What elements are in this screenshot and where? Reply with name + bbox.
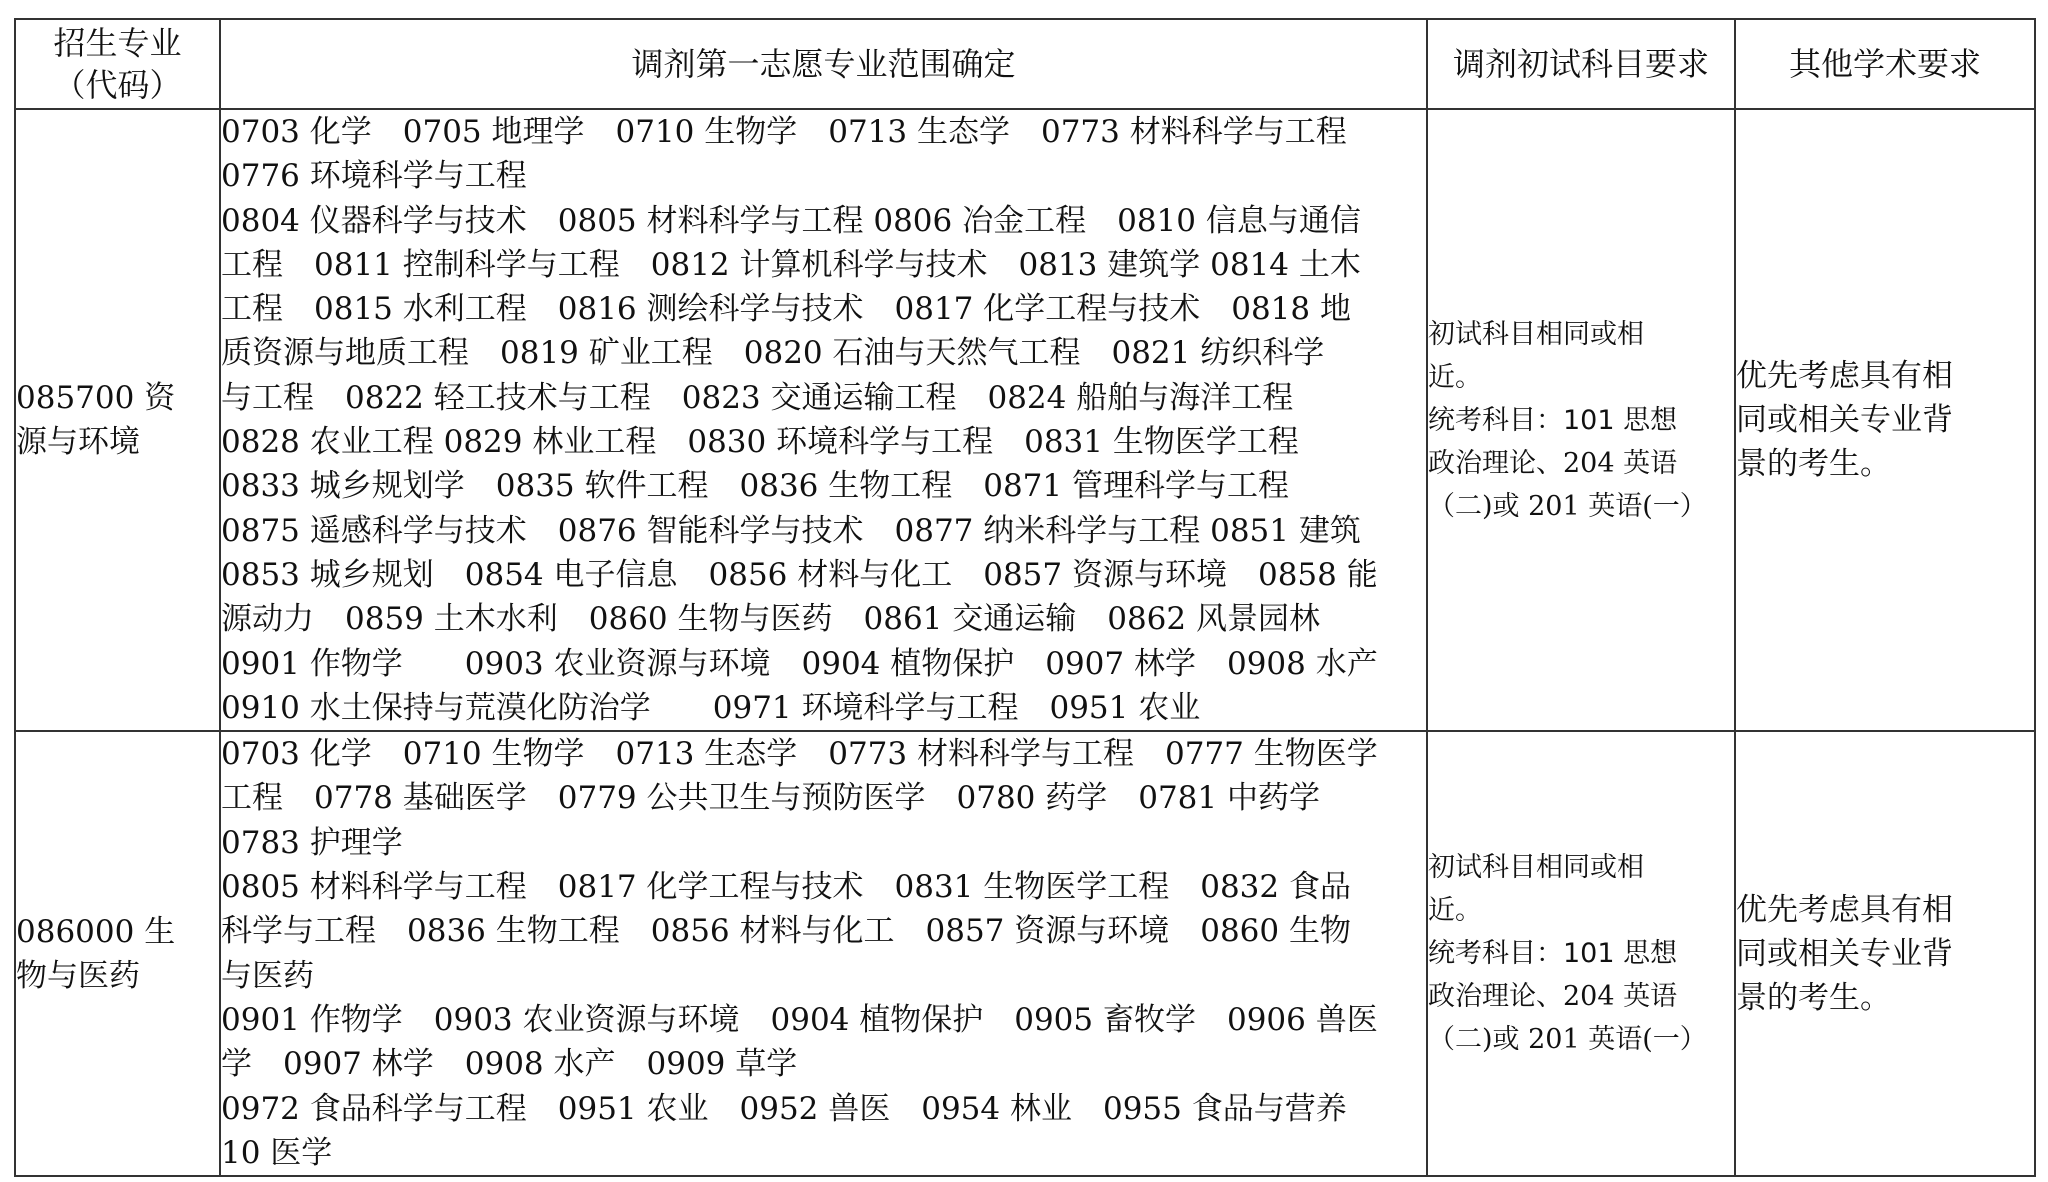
other-cell: 优先考虑具有相 同或相关专业背 景的考生。 bbox=[1735, 731, 2035, 1176]
adjustment-requirements-table: 招生专业 （代码） 调剂第一志愿专业范围确定 调剂初试科目要求 其他学术要求 0… bbox=[14, 18, 2036, 1177]
scope-line: 科学与工程 0836 生物工程 0856 材料与化工 0857 资源与环境 08… bbox=[221, 909, 1426, 953]
scope-line: 0776 环境科学与工程 bbox=[221, 154, 1426, 198]
table-row: 085700 资 源与环境 0703 化学 0705 地理学 0710 生物学 … bbox=[15, 109, 2035, 731]
header-major: 招生专业 （代码） bbox=[15, 19, 220, 109]
scope-line: 与医药 bbox=[221, 954, 1426, 998]
scope-line: 工程 0815 水利工程 0816 测绘科学与技术 0817 化学工程与技术 0… bbox=[221, 287, 1426, 331]
scope-line: 0703 化学 0705 地理学 0710 生物学 0713 生态学 0773 … bbox=[221, 110, 1426, 154]
scope-line: 工程 0811 控制科学与工程 0812 计算机科学与技术 0813 建筑学 0… bbox=[221, 243, 1426, 287]
exam-cell: 初试科目相同或相 近。 统考科目：101 思想 政治理论、204 英语 （二)或… bbox=[1427, 731, 1735, 1176]
header-row: 招生专业 （代码） 调剂第一志愿专业范围确定 调剂初试科目要求 其他学术要求 bbox=[15, 19, 2035, 109]
exam-cell: 初试科目相同或相 近。 统考科目：101 思想 政治理论、204 英语 （二)或… bbox=[1427, 109, 1735, 731]
scope-line: 0833 城乡规划学 0835 软件工程 0836 生物工程 0871 管理科学… bbox=[221, 464, 1426, 508]
major-cell: 085700 资 源与环境 bbox=[15, 109, 220, 731]
scope-line: 0901 作物学 0903 农业资源与环境 0904 植物保护 0905 畜牧学… bbox=[221, 998, 1426, 1042]
header-exam: 调剂初试科目要求 bbox=[1427, 19, 1735, 109]
scope-line: 工程 0778 基础医学 0779 公共卫生与预防医学 0780 药学 0781… bbox=[221, 776, 1426, 820]
header-scope: 调剂第一志愿专业范围确定 bbox=[220, 19, 1427, 109]
scope-cell: 0703 化学 0705 地理学 0710 生物学 0713 生态学 0773 … bbox=[220, 109, 1427, 731]
scope-line: 与工程 0822 轻工技术与工程 0823 交通运输工程 0824 船舶与海洋工… bbox=[221, 376, 1426, 420]
scope-line: 0910 水土保持与荒漠化防治学 0971 环境科学与工程 0951 农业 bbox=[221, 686, 1426, 730]
other-cell: 优先考虑具有相 同或相关专业背 景的考生。 bbox=[1735, 109, 2035, 731]
header-other: 其他学术要求 bbox=[1735, 19, 2035, 109]
scope-line: 0901 作物学 0903 农业资源与环境 0904 植物保护 0907 林学 … bbox=[221, 642, 1426, 686]
scope-line: 0703 化学 0710 生物学 0713 生态学 0773 材料科学与工程 0… bbox=[221, 732, 1426, 776]
scope-line: 学 0907 林学 0908 水产 0909 草学 bbox=[221, 1042, 1426, 1086]
scope-line: 10 医学 bbox=[221, 1131, 1426, 1175]
table-row: 086000 生 物与医药 0703 化学 0710 生物学 0713 生态学 … bbox=[15, 731, 2035, 1176]
scope-line: 0783 护理学 bbox=[221, 821, 1426, 865]
scope-line: 0972 食品科学与工程 0951 农业 0952 兽医 0954 林业 095… bbox=[221, 1087, 1426, 1131]
scope-cell: 0703 化学 0710 生物学 0713 生态学 0773 材料科学与工程 0… bbox=[220, 731, 1427, 1176]
scope-line: 0828 农业工程 0829 林业工程 0830 环境科学与工程 0831 生物… bbox=[221, 420, 1426, 464]
scope-line: 0853 城乡规划 0854 电子信息 0856 材料与化工 0857 资源与环… bbox=[221, 553, 1426, 597]
scope-line: 源动力 0859 土木水利 0860 生物与医药 0861 交通运输 0862 … bbox=[221, 597, 1426, 641]
scope-line: 0805 材料科学与工程 0817 化学工程与技术 0831 生物医学工程 08… bbox=[221, 865, 1426, 909]
scope-line: 0804 仪器科学与技术 0805 材料科学与工程 0806 冶金工程 0810… bbox=[221, 199, 1426, 243]
scope-line: 质资源与地质工程 0819 矿业工程 0820 石油与天然气工程 0821 纺织… bbox=[221, 331, 1426, 375]
major-cell: 086000 生 物与医药 bbox=[15, 731, 220, 1176]
scope-line: 0875 遥感科学与技术 0876 智能科学与技术 0877 纳米科学与工程 0… bbox=[221, 509, 1426, 553]
